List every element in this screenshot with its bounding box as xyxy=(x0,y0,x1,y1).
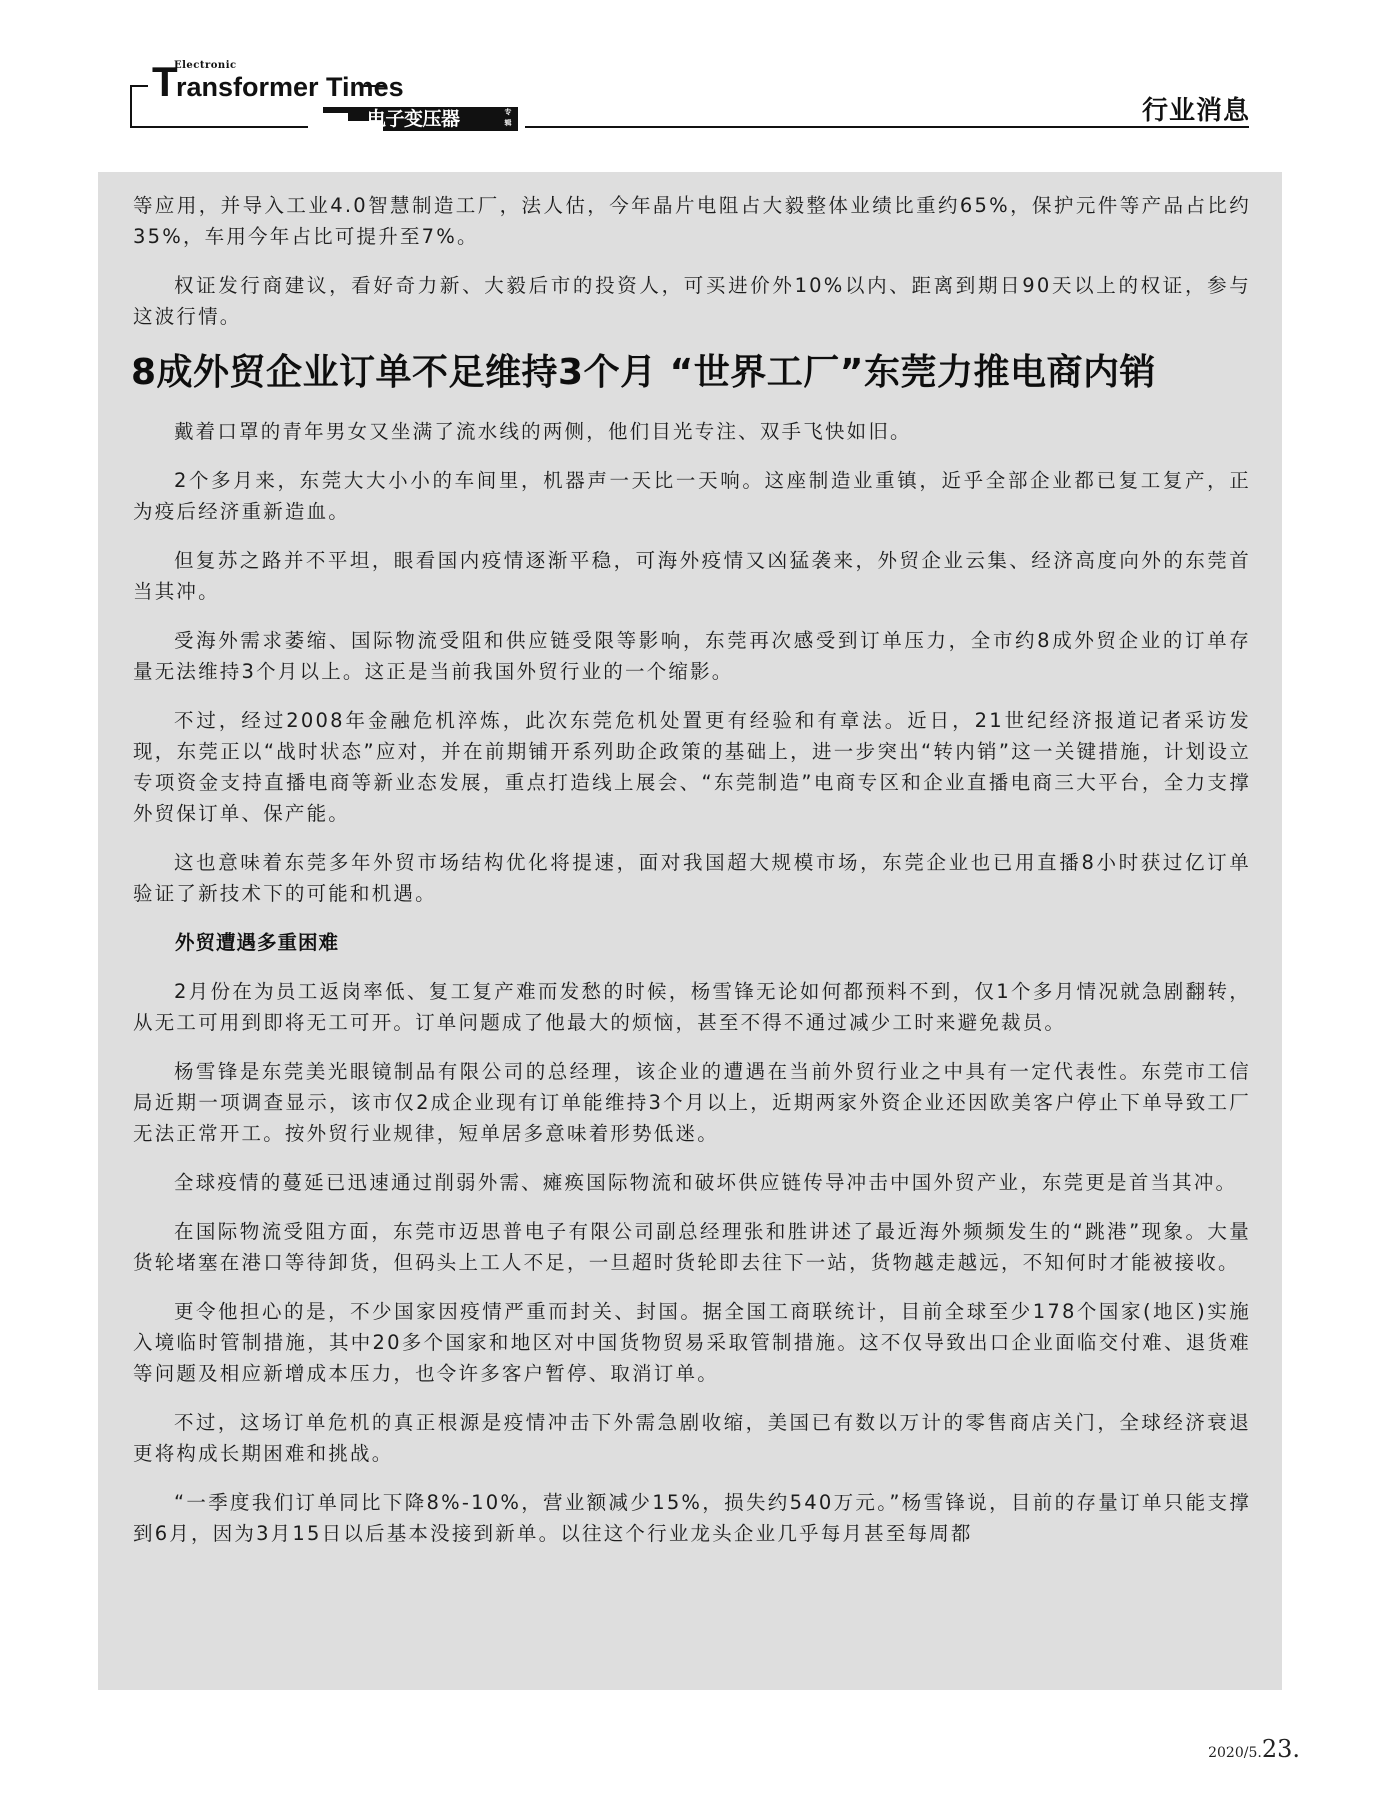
header-rule xyxy=(525,126,1249,128)
masthead: T Electronic ransformer Times 电子变压器 专辑 行… xyxy=(0,0,1380,140)
article-headline: 8成外贸企业订单不足维持3个月 “世界工厂”东莞力推电商内销 xyxy=(131,350,1251,396)
paragraph: 权证发行商建议，看好奇力新、大毅后市的投资人，可买进价外10%以内、距离到期日9… xyxy=(133,270,1251,332)
paragraph: 全球疫情的蔓延已迅速通过削弱外需、瘫痪国际物流和破坏供应链传导冲击中国外贸产业，… xyxy=(133,1167,1251,1198)
page-footer: 2020/5.23. xyxy=(1208,1735,1300,1763)
paragraph: 在国际物流受阻方面，东莞市迈思普电子有限公司副总经理张和胜讲述了最近海外频频发生… xyxy=(133,1216,1251,1278)
masthead-rule xyxy=(130,85,148,87)
paragraph: 这也意味着东莞多年外贸市场结构优化将提速，面对我国超大规模市场，东莞企业也已用直… xyxy=(133,847,1251,909)
chinese-publication-name: 电子变压器 xyxy=(367,108,460,130)
paragraph: 戴着口罩的青年男女又坐满了流水线的两侧，他们目光专注、双手飞快如旧。 xyxy=(133,416,1251,447)
paragraph: 2月份在为员工返岗率低、复工复产难而发愁的时候，杨雪锋无论如何都预料不到，仅1个… xyxy=(133,976,1251,1038)
paragraph: 不过，经过2008年金融危机淬炼，此次东莞危机处置更有经验和有章法。近日，21世… xyxy=(133,705,1251,829)
logo-electronic: Electronic xyxy=(174,60,237,71)
paragraph: 受海外需求萎缩、国际物流受阻和供应链受限等影响，东莞再次感受到订单压力，全市约8… xyxy=(133,625,1251,687)
paragraph: 不过，这场订单危机的真正根源是疫情冲击下外需急剧收缩，美国已有数以万计的零售商店… xyxy=(133,1407,1251,1469)
masthead-rule xyxy=(363,85,385,87)
page-number-dot: . xyxy=(1292,1735,1300,1763)
chinese-publication-badge: 专辑 xyxy=(502,107,514,129)
paragraph: 杨雪锋是东莞美光眼镜制品有限公司的总经理，该企业的遭遇在当前外贸行业之中具有一定… xyxy=(133,1056,1251,1149)
paragraph: 但复苏之路并不平坦，眼看国内疫情逐渐平稳，可海外疫情又凶猛袭来，外贸企业云集、经… xyxy=(133,545,1251,607)
paragraph: 2个多月来，东莞大大小小的车间里，机器声一天比一天响。这座制造业重镇，近乎全部企… xyxy=(133,465,1251,527)
paragraph: 更令他担心的是，不少国家因疫情严重而封关、封国。据全国工商联统计，目前全球至少1… xyxy=(133,1296,1251,1389)
paragraph: “一季度我们订单同比下降8%-10%，营业额减少15%，损失约540万元。”杨雪… xyxy=(133,1487,1251,1549)
masthead-rule xyxy=(130,126,308,128)
page-number: 23 xyxy=(1262,1735,1293,1763)
article-body: 等应用，并导入工业4.0智慧制造工厂，法人估，今年晶片电阻占大毅整体业绩比重约6… xyxy=(133,190,1251,1567)
section-subheading: 外贸遭遇多重困难 xyxy=(133,927,1251,958)
masthead-bracket-line xyxy=(130,85,132,128)
issue-date: 2020/5. xyxy=(1208,1745,1262,1761)
paragraph: 等应用，并导入工业4.0智慧制造工厂，法人估，今年晶片电阻占大毅整体业绩比重约6… xyxy=(133,190,1251,252)
logo-title: ransformer Times xyxy=(176,72,404,102)
section-label: 行业消息 xyxy=(1142,96,1250,126)
